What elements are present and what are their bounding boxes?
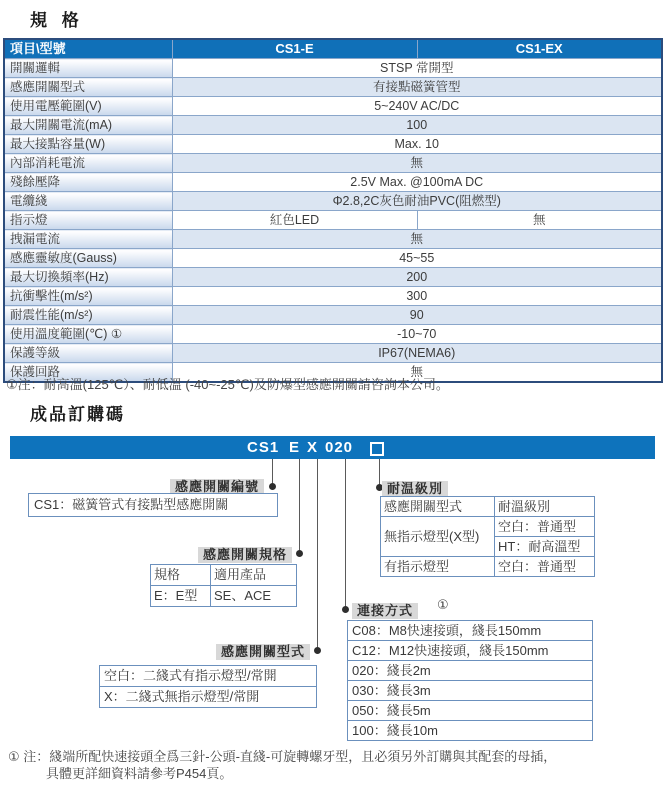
spec-row-value: 5~240V AC/DC: [172, 97, 662, 116]
spec-row-label: 感應開關型式: [4, 78, 172, 97]
spec-row-label: 開關邏輯: [4, 59, 172, 78]
switch-number-box: CS1：磁簧管式有接點型感應開關: [28, 493, 278, 517]
code-segment-020: 020: [325, 436, 353, 459]
spec-row: 開關邏輯STSP 常開型: [4, 59, 662, 78]
spec-row-value: Φ2.8,2C灰色耐油PVC(阻燃型): [172, 192, 662, 211]
bullet-dot: [296, 550, 303, 557]
spec-row-label: 殘餘壓降: [4, 173, 172, 192]
connection-option: 030：綫長3m: [348, 680, 592, 700]
spec-mini-header-0: 規格: [151, 565, 211, 586]
bullet-dot: [269, 483, 276, 490]
spec-table-body: 開關邏輯STSP 常開型感應開關型式有接點磁簧管型使用電壓範圍(V)5~240V…: [4, 59, 662, 383]
connection-options: C08：M8快速接頭，綫長150mmC12：M12快速接頭，綫長150mm020…: [347, 620, 593, 741]
temp-cell: HT：耐高溫型: [495, 537, 595, 557]
spec-row-label: 保護等級: [4, 344, 172, 363]
spec-row-label: 感應靈敏度(Gauss): [4, 249, 172, 268]
spec-row-value: 有接點磁簧管型: [172, 78, 662, 97]
spec-row-label: 電纜綫: [4, 192, 172, 211]
spec-row-value: 45~55: [172, 249, 662, 268]
switch-spec-table: 規格 適用產品 E：E型 SE、ACE: [150, 564, 297, 607]
spec-section-title: 規 格: [30, 6, 84, 31]
spec-row-value: STSP 常開型: [172, 59, 662, 78]
spec-row: 感應靈敏度(Gauss)45~55: [4, 249, 662, 268]
temperature-grade-table: 感應開關型式 耐溫級別 無指示燈型(X型) 空白：普通型 HT：耐高溫型 有指示…: [380, 496, 595, 577]
connection-option: 100：綫長10m: [348, 720, 592, 740]
spec-row: 殘餘壓降2.5V Max. @100mA DC: [4, 173, 662, 192]
connection-note-ref: ①: [437, 597, 449, 613]
connection-option: 050：綫長5m: [348, 700, 592, 720]
spec-mini-header-1: 適用產品: [211, 565, 297, 586]
spec-row-value: -10~70: [172, 325, 662, 344]
switch-type-option: 空白：二綫式有指示燈型/常開: [100, 666, 316, 686]
spec-mini-cell: E：E型: [151, 586, 211, 607]
spec-row: 使用溫度範圍(℃) ①-10~70: [4, 325, 662, 344]
spec-row-value: Max. 10: [172, 135, 662, 154]
connector-line-e: [299, 459, 300, 553]
spec-row-value: 紅色LED: [172, 211, 417, 230]
connection-option: 020：綫長2m: [348, 660, 592, 680]
temp-header-0: 感應開關型式: [381, 497, 495, 517]
spec-header-cs1ex: CS1-EX: [417, 39, 662, 59]
connector-line-blank: [379, 459, 380, 487]
spec-row-value: 200: [172, 268, 662, 287]
connection-option: C12：M12快速接頭，綫長150mm: [348, 640, 592, 660]
temp-cell: 空白：普通型: [495, 517, 595, 537]
blank-box-icon: [370, 442, 384, 456]
temp-cell: 空白：普通型: [495, 557, 595, 577]
temp-cell: 有指示燈型: [381, 557, 495, 577]
switch-type-box: 空白：二綫式有指示燈型/常開 X：二綫式無指示燈型/常開: [99, 665, 317, 708]
catalog-page: 規 格 項目\型號 CS1-E CS1-EX 開關邏輯STSP 常開型感應開關型…: [0, 0, 664, 788]
bullet-dot: [314, 647, 321, 654]
spec-row-label: 使用電壓範圍(V): [4, 97, 172, 116]
connector-line-x: [317, 459, 318, 650]
spec-row-value: 90: [172, 306, 662, 325]
spec-row-label: 最大切換頻率(Hz): [4, 268, 172, 287]
spec-row-value: 300: [172, 287, 662, 306]
temp-merged-label: 無指示燈型(X型): [381, 517, 495, 557]
spec-header-item: 項目\型號: [4, 39, 172, 59]
spec-row: 電纜綫Φ2.8,2C灰色耐油PVC(阻燃型): [4, 192, 662, 211]
bullet-dot: [342, 606, 349, 613]
spec-row-label: 使用溫度範圍(℃) ①: [4, 325, 172, 344]
spec-row: 抗衝擊性(m/s²)300: [4, 287, 662, 306]
spec-row-label: 內部消耗電流: [4, 154, 172, 173]
spec-row-value: IP67(NEMA6): [172, 344, 662, 363]
connector-line-020: [345, 459, 346, 607]
spec-row-label: 抗衝擊性(m/s²): [4, 287, 172, 306]
code-segment-e: E: [289, 436, 300, 459]
spec-row-value: 2.5V Max. @100mA DC: [172, 173, 662, 192]
spec-row-label: 最大接點容量(W): [4, 135, 172, 154]
spec-row: 耐震性能(m/s²)90: [4, 306, 662, 325]
spec-header-cs1e: CS1-E: [172, 39, 417, 59]
spec-row-value: 無: [172, 154, 662, 173]
label-switch-spec: 感應開關規格: [198, 547, 292, 563]
spec-row: 指示燈紅色LED無: [4, 211, 662, 230]
spec-row-label: 耐震性能(m/s²): [4, 306, 172, 325]
spec-row: 感應開關型式有接點磁簧管型: [4, 78, 662, 97]
code-segment-cs1: CS1: [247, 436, 279, 459]
spec-row-label: 拽漏電流: [4, 230, 172, 249]
connection-option: C08：M8快速接頭，綫長150mm: [348, 621, 592, 640]
connector-line-cs1: [272, 459, 273, 486]
spec-row-value: 無: [172, 230, 662, 249]
spec-row: 最大開關電流(mA)100: [4, 116, 662, 135]
spec-header-row: 項目\型號 CS1-E CS1-EX: [4, 39, 662, 59]
spec-row-label: 指示燈: [4, 211, 172, 230]
temp-header-1: 耐溫級別: [495, 497, 595, 517]
spec-row: 最大接點容量(W)Max. 10: [4, 135, 662, 154]
spec-row: 保護等級IP67(NEMA6): [4, 344, 662, 363]
spec-table: 項目\型號 CS1-E CS1-EX 開關邏輯STSP 常開型感應開關型式有接點…: [3, 38, 661, 383]
spec-row: 使用電壓範圍(V)5~240V AC/DC: [4, 97, 662, 116]
spec-mini-cell: SE、ACE: [211, 586, 297, 607]
spec-row-value: 100: [172, 116, 662, 135]
switch-type-option: X：二綫式無指示燈型/常開: [100, 686, 316, 707]
label-switch-type: 感應開關型式: [216, 644, 310, 660]
spec-row: 拽漏電流無: [4, 230, 662, 249]
ordering-section-title: 成品訂購碼: [30, 400, 125, 425]
code-segment-x: X: [307, 436, 318, 459]
spec-footnote: ①注：耐高溫(125℃）、耐低溫 (-40~-25℃)及防爆型感應開關請咨詢本公…: [6, 374, 449, 393]
label-temperature-grade: 耐温級別: [382, 481, 448, 497]
bottom-footnote-line2: 具體更詳細資料請參考P454頁。: [46, 763, 232, 782]
spec-row-label: 最大開關電流(mA): [4, 116, 172, 135]
spec-row-value: 無: [417, 211, 662, 230]
spec-row: 最大切換頻率(Hz)200: [4, 268, 662, 287]
label-connection: 連接方式: [352, 603, 418, 619]
spec-row: 內部消耗電流無: [4, 154, 662, 173]
